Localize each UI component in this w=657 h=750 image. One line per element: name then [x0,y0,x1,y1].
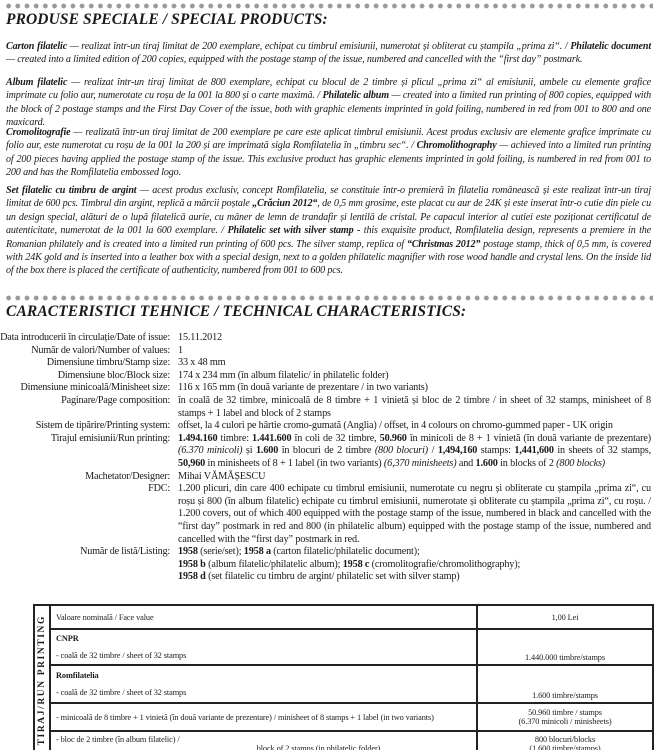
group-label: Romfilatelia [56,671,471,680]
table-row-minisheet: - minicoală de 8 timbre + 1 vinietă (în … [34,703,653,731]
spec-value: 116 x 165 mm (în două variante de prezen… [178,382,657,395]
side-label: TIRAJ/RUN PRINTING [37,615,47,745]
product-highlight: “Christmas 2012” [407,239,480,250]
spec-label: FDC: [0,483,178,546]
spec-row-designer: Machetator/Designer: Mihai VĂMĂȘESCU [0,471,657,484]
spec-value: Mihai VĂMĂȘESCU [178,471,657,484]
technical-heading: CARACTERISTICI TEHNICE / TECHNICAL CHARA… [6,303,466,321]
text-run: în minicoli de 8 + 1 vinietă (în două va… [407,433,651,444]
spec-value: 1.494.160 timbre: 1.441.600 în coli de 3… [178,433,657,471]
face-value-label: Valoare nominală / Face value [50,605,477,629]
special-products-heading: PRODUSE SPECIALE / SPECIAL PRODUCTS: [6,11,328,29]
product-title: Set filatelic cu timbru de argint [6,185,136,196]
listing-line: 1958 b (album filatelic/philatelic album… [178,559,651,572]
product-title: Chromolithography [417,140,497,151]
item-label: - minicoală de 8 timbre + 1 vinietă (în … [50,703,477,731]
table-row-romfilatelia-sheet: Romfilatelia - coală de 32 timbre / shee… [34,665,653,703]
spec-value: în coală de 32 timbre, minicoală de 8 ti… [178,395,657,420]
text-run: in minisheets of 8 + 1 label (in two var… [205,458,384,469]
spec-row: Data introducerii în circulație/Date of … [0,332,657,345]
amount-line: (1.600 timbre/stamps) [483,744,647,750]
spec-row-fdc: FDC: 1.200 plicuri, din care 400 echipat… [0,483,657,546]
text-run: stamps: [477,445,514,456]
product-text: — created into a limited edition of 200 … [6,54,582,65]
dotted-divider [4,295,653,301]
run-printing-table: TIRAJ/RUN PRINTING Valoare nominală / Fa… [33,604,654,750]
product-text: — realizat într-un tiraj limitat de 200 … [67,41,570,52]
item-amount: 1.440.000 timbre/stamps [477,629,653,665]
text-run: în coli de 32 timbre, [291,433,379,444]
spec-row: Dimensiune bloc/Block size:174 x 234 mm … [0,370,657,383]
spec-value: 33 x 48 mm [178,357,657,370]
group-label: CNPR [56,634,471,643]
spec-label: Tirajul emisiunii/Run printing: [0,433,178,471]
text-run: (album filatelic/philatelic album); [206,559,343,570]
text-run: (carton filatelic/philatelic document); [271,546,420,557]
product-highlight: „Crăciun 2012“ [252,198,317,209]
product-title: Philatelic document [570,41,651,52]
spec-label: Dimensiune bloc/Block size: [0,370,178,383]
text-run: (6,370 minisheets) [384,458,457,469]
text-run: în blocuri de 2 timbre [278,445,375,456]
spec-label: Număr de listă/Listing: [0,546,178,584]
amount-line: 800 blocuri/blocks [483,735,647,744]
face-value: 1,00 Lei [477,605,653,629]
text-run: 50.960 [380,433,407,444]
spec-row: Sistem de tipărire/Printing system:offse… [0,420,657,433]
product-title: Philatelic album [322,90,388,101]
text-run: 1.441.600 [252,433,291,444]
text-run: in sheets of 32 stamps, [554,445,651,456]
spec-row-run-printing: Tirajul emisiunii/Run printing: 1.494.16… [0,433,657,471]
spec-row-listing: Număr de listă/Listing: 1958 (serie/set)… [0,546,657,584]
product-title: Philatelic set with silver stamp - [228,225,361,236]
text-run: (800 blocuri) [375,445,428,456]
product-title: Cromolitografie [6,127,70,138]
item-label: block of 2 stamps (in philatelic folder) [56,744,471,750]
text-run: 1958 [178,546,198,557]
text-run: 1,494,160 [438,445,477,456]
spec-row: Dimensiune timbru/Stamp size:33 x 48 mm [0,357,657,370]
text-run: 1.600 [256,445,278,456]
text-run: 1.600 [476,458,498,469]
product-philatelic-document: Carton filatelic — realizat într-un tira… [6,40,651,67]
spec-label: Sistem de tipărire/Printing system: [0,420,178,433]
text-run: (800 blocks) [556,458,605,469]
spec-label: Dimensiune timbru/Stamp size: [0,357,178,370]
text-run: 50,960 [178,458,205,469]
text-run: (cromolitografie/chromolithography); [369,559,520,570]
text-run: (set filatelic cu timbru de argint/ phil… [206,571,460,582]
spec-row: Dimensiune minicoală/Minisheet size:116 … [0,382,657,395]
amount-line: 50.960 timbre / stamps [483,708,647,717]
product-philatelic-album: Album filatelic — realizat într-un tiraj… [6,76,651,130]
text-run: timbre: [217,433,252,444]
amount-line: (6.370 minicoli / minisheets) [483,717,647,726]
text-run: 1958 b [178,559,206,570]
text-run: (6.370 minicoli) [178,445,242,456]
product-title: Album filatelic [6,77,67,88]
spec-value: 174 x 234 mm (în album filatelic/ in phi… [178,370,657,383]
product-title: Carton filatelic [6,41,67,52]
item-amount: 1.600 timbre/stamps [477,665,653,703]
text-run: 1958 a [244,546,271,557]
spec-value: 1 [178,345,657,358]
dotted-divider [4,3,653,9]
text-run: in blocks of 2 [498,458,556,469]
item-label: - coală de 32 timbre / sheet of 32 stamp… [56,688,186,697]
spec-label: Machetator/Designer: [0,471,178,484]
side-label-cell: TIRAJ/RUN PRINTING [34,605,50,750]
spec-label: Data introducerii în circulație/Date of … [0,332,178,345]
text-run: 1.494.160 [178,433,217,444]
technical-specs: Data introducerii în circulație/Date of … [0,332,657,584]
text-run: and [456,458,475,469]
product-silver-set: Set filatelic cu timbru de argint — aces… [6,184,651,278]
item-label: - coală de 32 timbre / sheet of 32 stamp… [56,651,186,660]
listing-line: 1958 d (set filatelic cu timbru de argin… [178,571,651,584]
text-run: (serie/set); [198,546,244,557]
table-row-cnpr: CNPR - coală de 32 timbre / sheet of 32 … [34,629,653,665]
text-run: și [242,445,256,456]
spec-row: Număr de valori/Number of values:1 [0,345,657,358]
spec-label: Paginare/Page composition: [0,395,178,420]
cnpr-cell: CNPR - coală de 32 timbre / sheet of 32 … [50,629,477,665]
item-amount: 800 blocuri/blocks (1.600 timbre/stamps) [477,731,653,750]
spec-value: 15.11.2012 [178,332,657,345]
listing-line: 1958 (serie/set); 1958 a (carton filatel… [178,546,651,559]
item-label: - bloc de 2 timbre (în album filatelic) … [56,735,471,744]
product-chromolithography: Cromolitografie — realizată într-un tira… [6,126,651,180]
spec-label: Număr de valori/Number of values: [0,345,178,358]
table-row-block: - bloc de 2 timbre (în album filatelic) … [34,731,653,750]
spec-value: 1958 (serie/set); 1958 a (carton filatel… [178,546,657,584]
block-cell: - bloc de 2 timbre (în album filatelic) … [50,731,477,750]
spec-row: Paginare/Page composition:în coală de 32… [0,395,657,420]
spec-value: 1.200 plicuri, din care 400 echipate cu … [178,483,657,546]
romfilatelia-cell: Romfilatelia - coală de 32 timbre / shee… [50,665,477,703]
spec-value: offset, la 4 culori pe hârtie cromo-guma… [178,420,657,433]
spec-label: Dimensiune minicoală/Minisheet size: [0,382,178,395]
text-run: 1958 d [178,571,206,582]
text-run: 1958 c [343,559,370,570]
text-run: 1,441,600 [514,445,553,456]
text-run: / [428,445,438,456]
item-amount: 50.960 timbre / stamps (6.370 minicoli /… [477,703,653,731]
